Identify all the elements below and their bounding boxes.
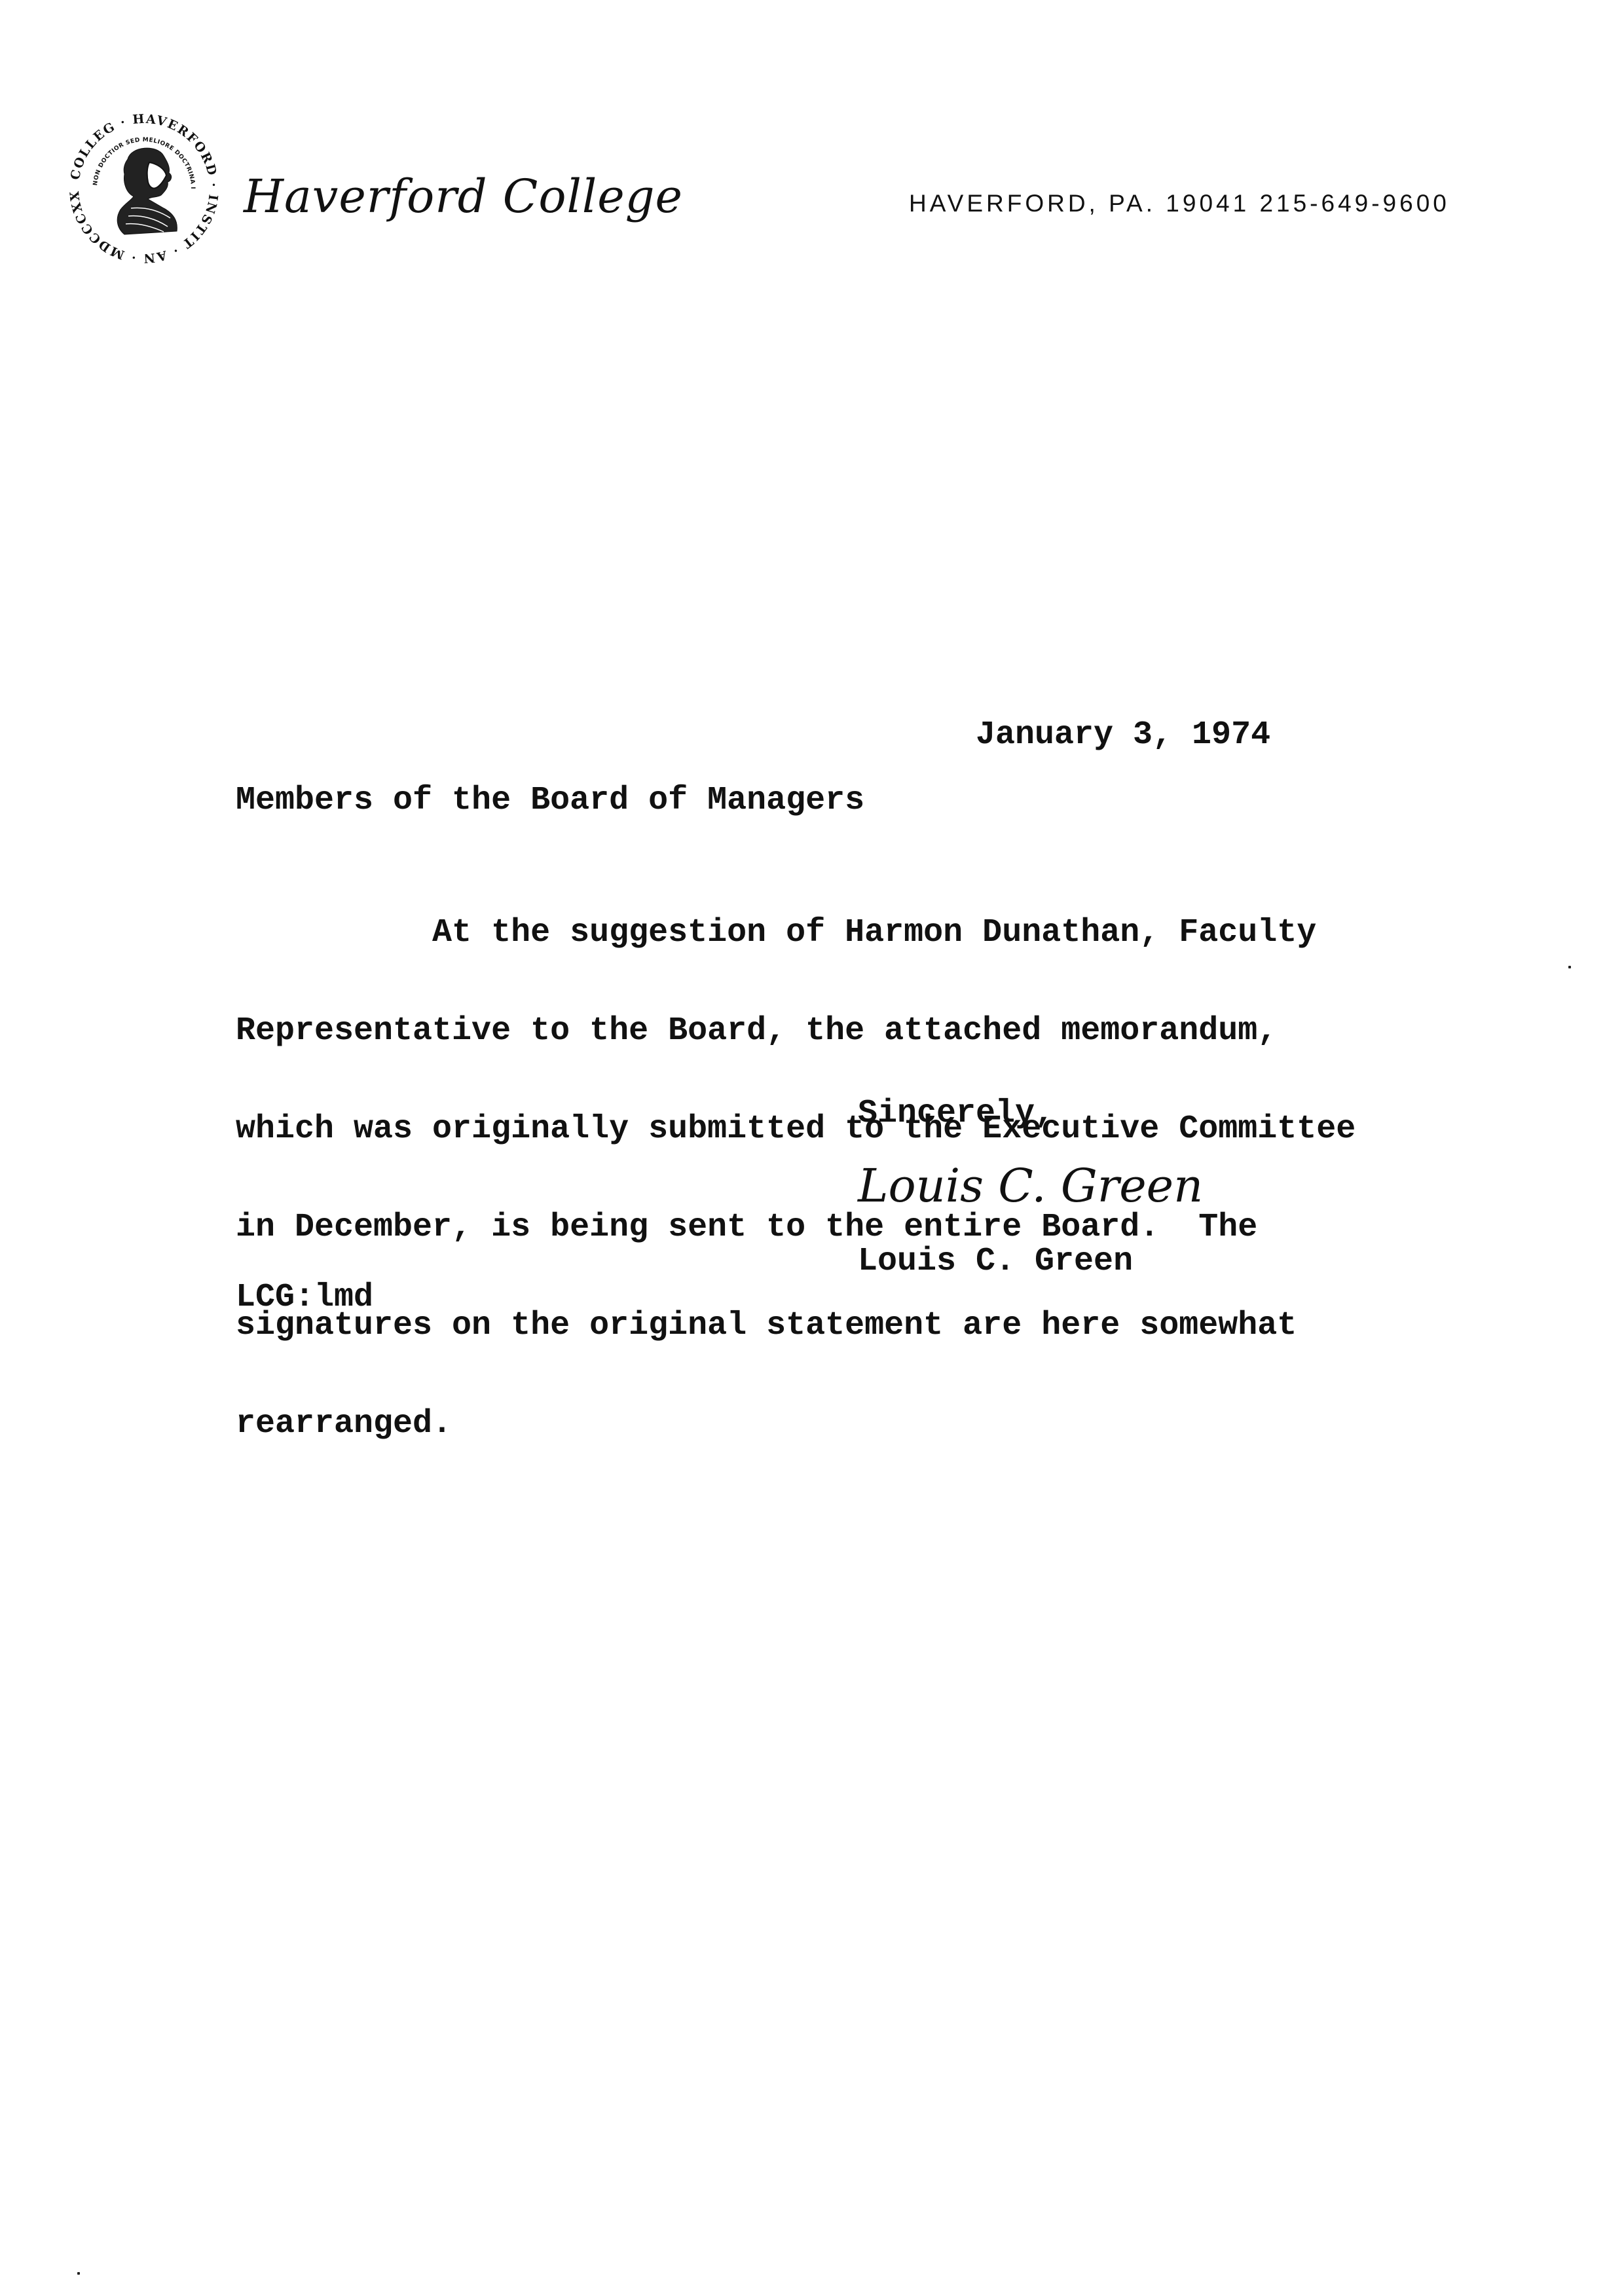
recipient-salutation: Members of the Board of Managers [236,784,864,817]
closing: Sincerely, [858,1097,1054,1130]
body-line: rearranged. [236,1408,1356,1441]
college-seal-icon: COLLEG · HAVERFORD · INSTIT · AN · MDCCC… [65,110,223,267]
letter-date: January 3, 1974 [976,719,1270,752]
reference-initials: LCG:lmd [236,1281,373,1314]
body-line: signatures on the original statement are… [236,1310,1356,1342]
scan-speck [77,2272,80,2275]
typed-signer-name: Louis C. Green [858,1245,1133,1278]
body-line: At the suggestion of Harmon Dunathan, Fa… [236,917,1356,949]
svg-text:Louis C. Green: Louis C. Green [857,1159,1203,1213]
institution-name: Haverford College [244,164,683,229]
scan-speck [1568,966,1571,968]
letter-page: COLLEG · HAVERFORD · INSTIT · AN · MDCCC… [0,0,1624,2295]
address-phone-line: HAVERFORD, PA. 19041 215-649-9600 [909,187,1450,220]
body-line: Representative to the Board, the attache… [236,1015,1356,1048]
handwritten-signature: Louis C. Green [851,1143,1218,1221]
body-line: which was originally submitted to the Ex… [236,1113,1356,1146]
